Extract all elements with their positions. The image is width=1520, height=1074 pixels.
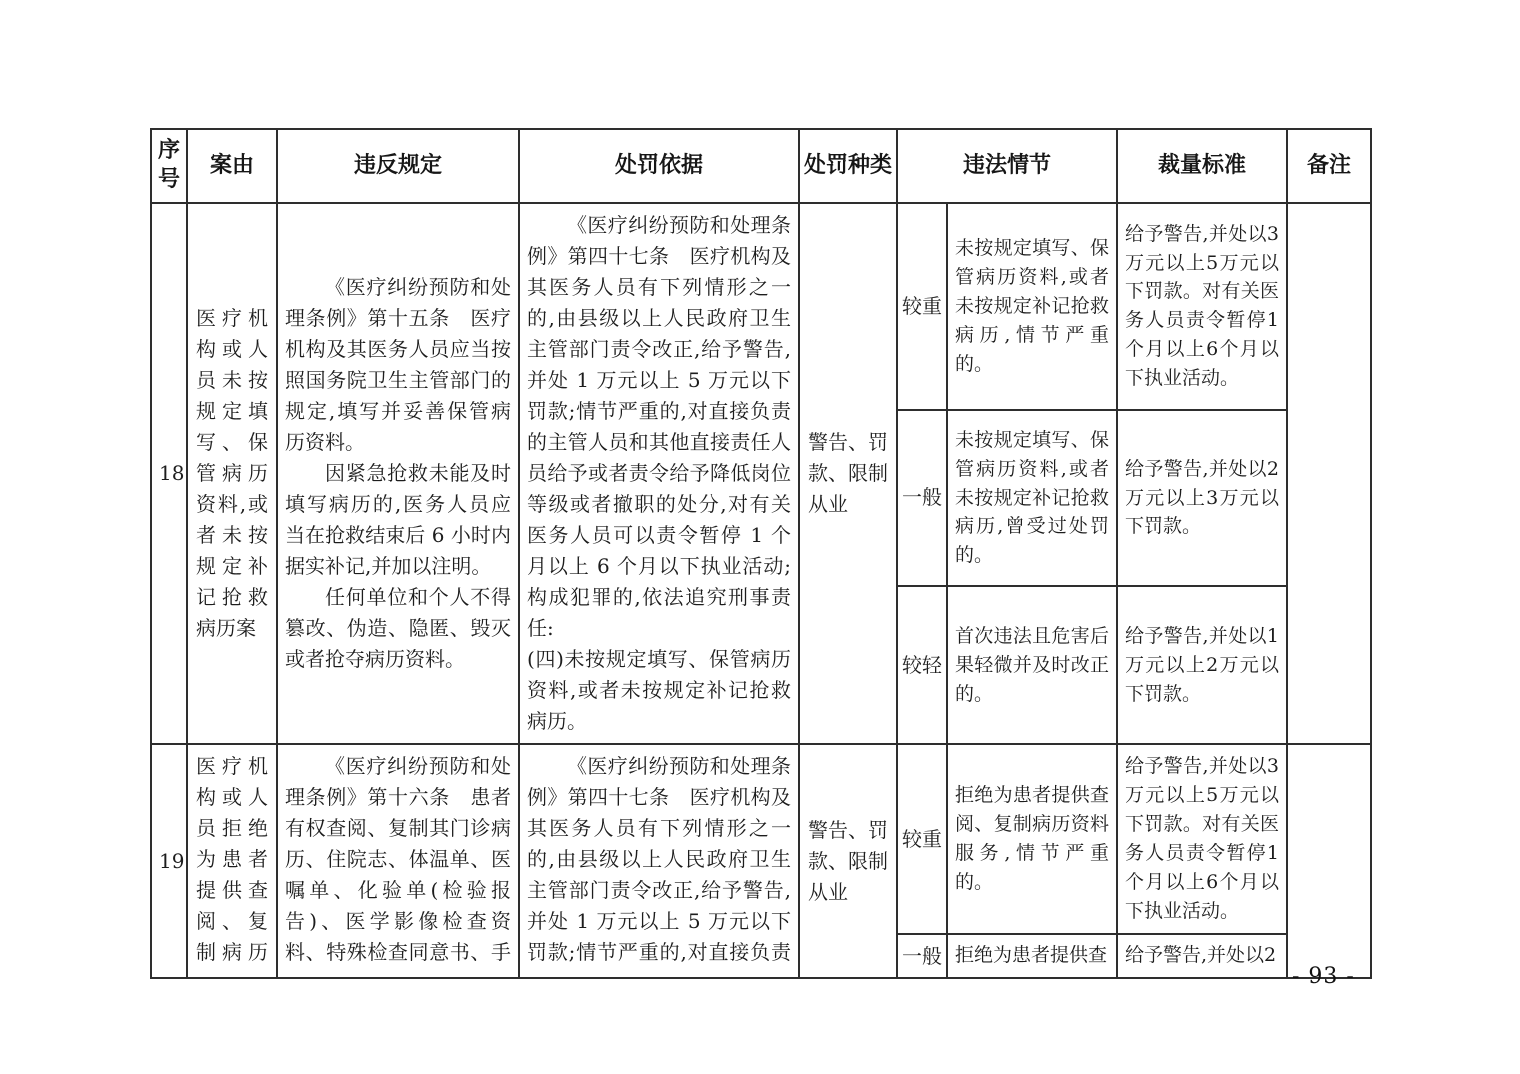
cell-discretion-standard: 给予警告,并处以3万元以上5万元以下罚款。对有关医务人员责令暂停1个月以上6个月…	[1117, 744, 1287, 934]
cell-discretion-standard: 给予警告,并处以3万元以上5万元以下罚款。对有关医务人员责令暂停1个月以上6个月…	[1117, 203, 1287, 410]
cell-serial-number: 18	[151, 203, 187, 744]
penalty-discretion-table: 序号 案由 违反规定 处罚依据 处罚种类 违法情节 裁量标准 备注 18 医疗机…	[150, 128, 1372, 979]
cell-violated-rule: 《医疗纠纷预防和处理条例》第十六条 患者有权查阅、复制其门诊病历、住院志、体温单…	[277, 744, 519, 978]
header-penalty-type: 处罚种类	[799, 129, 897, 203]
header-violated-rule: 违反规定	[277, 129, 519, 203]
cell-circumstance: 未按规定填写、保管病历资料,或者未按规定补记抢救病历,曾受过处罚的。	[947, 410, 1117, 587]
cell-severity-level: 较重	[897, 744, 947, 934]
violation-paragraph: 《医疗纠纷预防和处理条例》第十六条 患者有权查阅、复制其门诊病历、住院志、体温单…	[285, 751, 511, 963]
cell-penalty-basis: 《医疗纠纷预防和处理条例》第四十七条 医疗机构及其医务人员有下列情形之一的,由县…	[519, 744, 799, 978]
cell-circumstance: 拒绝为患者提供查	[947, 934, 1117, 978]
cell-circumstance: 拒绝为患者提供查阅、复制病历资料服务,情节严重的。	[947, 744, 1117, 934]
table-row-19-sub-1: 19 医疗机构或人员拒绝为患者提供查阅、复制病历资料服务案 《医疗纠纷预防和处理…	[151, 744, 1371, 934]
cell-discretion-standard: 给予警告,并处以2万元以上3万元以下罚款。	[1117, 410, 1287, 587]
cell-discretion-standard: 给予警告,并处以1万元以上2万元以下罚款。	[1117, 586, 1287, 744]
cell-severity-level: 较重	[897, 203, 947, 410]
violation-paragraph: 因紧急抢救未能及时填写病历的,医务人员应当在抢救结束后 6 小时内据实补记,并加…	[285, 458, 511, 582]
cell-severity-level: 一般	[897, 934, 947, 978]
cell-circumstance: 首次违法且危害后果轻微并及时改正的。	[947, 586, 1117, 744]
cell-severity-level: 较轻	[897, 586, 947, 744]
header-case-title: 案由	[187, 129, 277, 203]
basis-paragraph: 《医疗纠纷预防和处理条例》第四十七条 医疗机构及其医务人员有下列情形之一的,由县…	[527, 210, 791, 644]
cell-penalty-type: 警告、罚款、限制从业	[799, 744, 897, 978]
cell-serial-number: 19	[151, 744, 187, 978]
cell-remark	[1287, 744, 1371, 978]
header-remark: 备注	[1287, 129, 1371, 203]
cell-severity-level: 一般	[897, 410, 947, 587]
basis-paragraph: 《医疗纠纷预防和处理条例》第四十七条 医疗机构及其医务人员有下列情形之一的,由县…	[527, 751, 791, 963]
standard-text: 给予警告,并处以2	[1125, 941, 1279, 971]
header-penalty-basis: 处罚依据	[519, 129, 799, 203]
cell-remark	[1287, 203, 1371, 744]
violation-paragraph: 《医疗纠纷预防和处理条例》第十五条 医疗机构及其医务人员应当按照国务院卫生主管部…	[285, 272, 511, 458]
cell-penalty-basis: 《医疗纠纷预防和处理条例》第四十七条 医疗机构及其医务人员有下列情形之一的,由县…	[519, 203, 799, 744]
table-header-row: 序号 案由 违反规定 处罚依据 处罚种类 违法情节 裁量标准 备注	[151, 129, 1371, 203]
cell-case-title: 医疗机构或人员拒绝为患者提供查阅、复制病历资料服务案	[187, 744, 277, 978]
document-page: 序号 案由 违反规定 处罚依据 处罚种类 违法情节 裁量标准 备注 18 医疗机…	[150, 128, 1372, 979]
cell-discretion-standard: 给予警告,并处以2	[1117, 934, 1287, 978]
cell-violated-rule: 《医疗纠纷预防和处理条例》第十五条 医疗机构及其医务人员应当按照国务院卫生主管部…	[277, 203, 519, 744]
page-number: - 93 -	[1292, 964, 1355, 989]
header-serial-number: 序号	[151, 129, 187, 203]
violation-paragraph: 任何单位和个人不得篡改、伪造、隐匿、毁灭或者抢夺病历资料。	[285, 582, 511, 675]
cell-circumstance: 未按规定填写、保管病历资料,或者未按规定补记抢救病历,情节严重的。	[947, 203, 1117, 410]
header-violation-circumstance: 违法情节	[897, 129, 1117, 203]
basis-paragraph: (四)未按规定填写、保管病历资料,或者未按规定补记抢救病历。	[527, 644, 791, 737]
circumstance-text: 拒绝为患者提供查	[955, 941, 1109, 971]
cell-penalty-type: 警告、罚款、限制从业	[799, 203, 897, 744]
header-discretion-standard: 裁量标准	[1117, 129, 1287, 203]
case-text: 医疗机构或人员拒绝为患者提供查阅、复制病历资料服务案	[196, 751, 268, 963]
cell-case-title: 医疗机构或人员未按规定填写、保管病历资料,或者未按规定补记抢救病历案	[187, 203, 277, 744]
table-row-18-sub-1: 18 医疗机构或人员未按规定填写、保管病历资料,或者未按规定补记抢救病历案 《医…	[151, 203, 1371, 410]
